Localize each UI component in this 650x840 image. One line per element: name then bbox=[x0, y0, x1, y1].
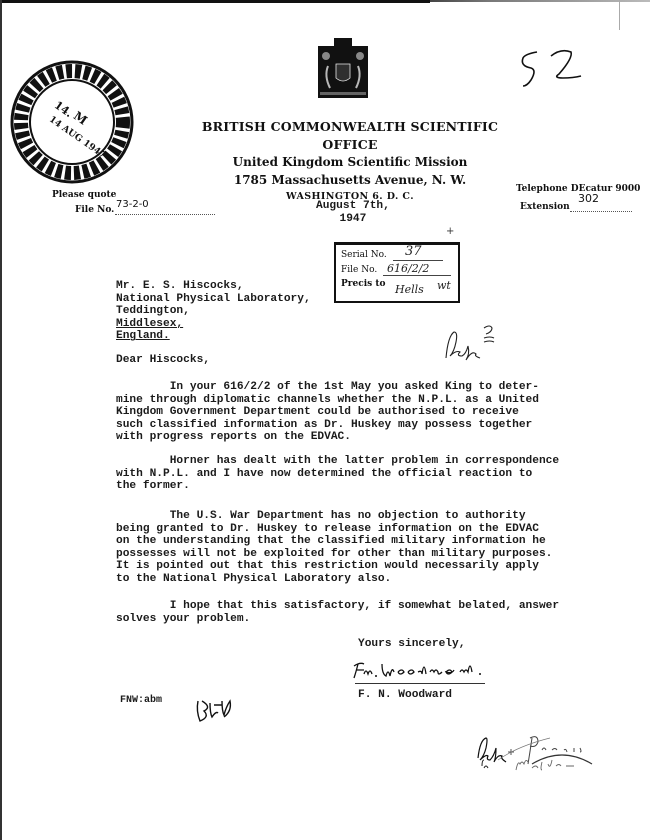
addressee-line: England. bbox=[116, 330, 311, 343]
body-line: Kingdom Government Department could be a… bbox=[116, 406, 539, 419]
registry-corner-mark: + bbox=[446, 226, 454, 237]
registry-stamp: Serial No. 37 File No. 616/2/2 Precis to… bbox=[334, 242, 460, 303]
body-line: to the National Physical Laboratory also… bbox=[116, 573, 552, 586]
body-line: the former. bbox=[116, 480, 559, 493]
body-line: I hope that this satisfactory, if somewh… bbox=[116, 600, 559, 613]
royal-coat-of-arms-icon bbox=[314, 36, 372, 100]
letterhead: BRITISH COMMONWEALTH SCIENTIFIC OFFICE U… bbox=[180, 118, 520, 204]
serial-label: Serial No. bbox=[341, 250, 387, 260]
precis-row: Precis to Hells wt bbox=[341, 279, 386, 291]
addressee-line: National Physical Laboratory, bbox=[116, 293, 311, 306]
file-no-value: 73-2-0 bbox=[116, 199, 149, 210]
body-line: Horner has dealt with the latter problem… bbox=[116, 455, 559, 468]
body-line: such classified information as Dr. Huske… bbox=[116, 419, 539, 432]
precis-mark: wt bbox=[437, 279, 451, 292]
date-line-2: 1947 bbox=[316, 213, 390, 226]
organization-name: BRITISH COMMONWEALTH SCIENTIFIC OFFICE bbox=[180, 118, 520, 154]
body-line: In your 616/2/2 of the 1st May you asked… bbox=[116, 381, 539, 394]
addressee-line: Mr. E. S. Hiscocks, bbox=[116, 280, 311, 293]
handwritten-signature bbox=[350, 656, 490, 684]
file-no-dotted-line bbox=[115, 214, 215, 215]
file-label: File No. bbox=[341, 265, 377, 275]
body-paragraph-1: In your 616/2/2 of the 1st May you asked… bbox=[116, 381, 539, 444]
body-line: being granted to Dr. Huskey to release i… bbox=[116, 523, 552, 536]
addressee-block: Mr. E. S. Hiscocks,National Physical Lab… bbox=[116, 280, 311, 343]
body-line: It is pointed out that this restriction … bbox=[116, 560, 552, 573]
file-no-label: File No. bbox=[75, 205, 114, 215]
body-paragraph-4: I hope that this satisfactory, if somewh… bbox=[116, 600, 559, 625]
salutation: Dear Hiscocks, bbox=[116, 354, 210, 367]
serial-row: Serial No. 37 bbox=[341, 250, 387, 262]
received-date-stamp: 14. M 14 AUG 1947 bbox=[8, 58, 136, 186]
body-line: mine through diplomatic channels whether… bbox=[116, 394, 539, 407]
body-paragraph-2: Horner has dealt with the latter problem… bbox=[116, 455, 559, 493]
body-line: with N.P.L. and I have now determined th… bbox=[116, 468, 559, 481]
body-line: solves your problem. bbox=[116, 613, 559, 626]
mission-name: United Kingdom Scientific Mission bbox=[180, 154, 520, 171]
handwritten-page-number bbox=[515, 44, 595, 94]
received-date-stamp-icon: 14. M 14 AUG 1947 bbox=[8, 58, 136, 186]
file-row: File No. 616/2/2 bbox=[341, 265, 377, 277]
body-line: The U.S. War Department has no objection… bbox=[116, 510, 552, 523]
handwritten-bottom-note bbox=[470, 730, 620, 780]
extension-value: 302 bbox=[578, 192, 599, 205]
page-edge-left bbox=[0, 0, 2, 840]
handwritten-initials bbox=[192, 695, 242, 725]
valediction: Yours sincerely, bbox=[358, 638, 465, 651]
precis-value: Hells bbox=[395, 283, 424, 296]
letter-date: August 7th,1947 bbox=[316, 200, 390, 225]
precis-label: Precis to bbox=[341, 279, 386, 289]
handwritten-ack-note bbox=[440, 318, 510, 368]
extension-dotted-line bbox=[570, 211, 632, 212]
street-address: 1785 Massachusetts Avenue, N. W. bbox=[180, 171, 520, 190]
body-line: with progress reports on the EDVAC. bbox=[116, 431, 539, 444]
page-edge-right bbox=[619, 0, 620, 30]
date-line-1: August 7th, bbox=[316, 200, 390, 213]
body-paragraph-3: The U.S. War Department has no objection… bbox=[116, 510, 552, 586]
page-edge-top-dark bbox=[0, 0, 430, 3]
file-line bbox=[383, 275, 451, 276]
file-value: 616/2/2 bbox=[387, 262, 429, 275]
file-no-field: File No. 73-2-0 bbox=[75, 199, 215, 215]
serial-line bbox=[393, 260, 443, 261]
serial-value: 37 bbox=[405, 244, 422, 259]
body-line: on the understanding that the classified… bbox=[116, 535, 552, 548]
signature-rule bbox=[355, 683, 485, 684]
addressee-line: Teddington, bbox=[116, 305, 311, 318]
body-line: possesses will not be exploited for othe… bbox=[116, 548, 552, 561]
typist-reference: FNW:abm bbox=[120, 695, 162, 708]
signatory-name: F. N. Woodward bbox=[358, 689, 452, 702]
addressee-line: Middlesex, bbox=[116, 318, 311, 331]
extension-label: Extension bbox=[520, 202, 570, 212]
svg-text:M: M bbox=[71, 109, 90, 128]
